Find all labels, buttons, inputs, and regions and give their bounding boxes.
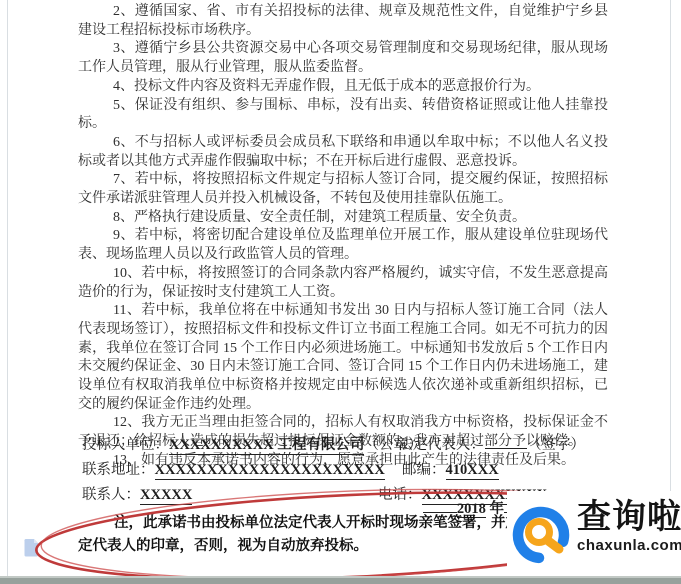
date-blank xyxy=(423,497,457,513)
legal-rep-suffix: （签字） xyxy=(527,437,585,453)
magnifier-q-icon xyxy=(509,498,575,570)
zip-label: 邮编： xyxy=(402,462,446,478)
watermark-domain: chaxunla.com xyxy=(577,537,681,555)
document-icon xyxy=(24,538,40,557)
clause-paragraph: 7、若中标，将按照招标文件规定与招标人签订合同，提交履约保证，按照招标文件承诺派… xyxy=(78,171,608,208)
bottom-scroll-strip xyxy=(0,576,681,584)
bidder-line: 投标人单位：XXXXXXXXXX 工程有限公司（公章） 法定代表人：（签字） xyxy=(82,433,612,458)
bidder-value: XXXXXXXXXX 工程有限公司 xyxy=(169,437,364,455)
clause-paragraph: 2、遵循国家、省、市有关招投标的法律、规章及规范性文件，自觉维护宁乡县建设工程招… xyxy=(78,3,608,40)
chaxunla-watermark: 查询啦 chaxunla.com xyxy=(507,491,681,578)
legal-rep-group: 法定代表人：（签字） xyxy=(398,433,585,458)
clause-paragraph: 8、严格执行建设质量、安全责任制，对建筑工程质量、安全负责。 xyxy=(78,209,608,228)
address-label: 联系地址： xyxy=(82,462,155,478)
legal-rep-label: 法定代表人： xyxy=(398,437,485,453)
clause-paragraph: 9、若中标，将密切配合建设单位及监理单位开展工作，服从建设单位驻现场代表、现场监… xyxy=(78,227,608,264)
scanned-bid-commitment-document: 2、遵循国家、省、市有关招投标的法律、规章及规范性文件，自觉维护宁乡县建设工程招… xyxy=(0,0,681,584)
zip-value: 410XXX xyxy=(446,462,499,480)
clause-paragraph: 4、投标文件内容及资料无弄虚作假，且无低于成本的恶意报价行为。 xyxy=(78,78,608,97)
note-text: 注，此承诺书由投标单位法定代表人开标时现场亲笔签署，并加定代表人的印章，否则，视… xyxy=(78,512,524,558)
clause-paragraph: 5、保证没有组织、参与围标、串标，没有出卖、转借资格证照或让他人挂靠投标。 xyxy=(78,97,608,134)
bidder-label: 投标人单位： xyxy=(82,437,169,453)
zip-group: 邮编：410XXX xyxy=(402,458,499,483)
clause-paragraph: 11、若中标，我单位将在中标通知书发出 30 日内与招标人签订施工合同（法人代表… xyxy=(78,302,608,414)
address-line: 联系地址：XXXXXXXXXXXXXXXXXXXXXX 邮编：410XXX xyxy=(82,458,612,483)
clause-paragraph: 10、若中标，将按照签订的合同条款内容严格履约，诚实守信，不发生恶意提高造价的行… xyxy=(78,265,608,302)
clause-paragraph: 3、遵循宁乡县公共资源交易中心各项交易管理制度和交易现场纪律，服从现场工作人员管… xyxy=(78,40,608,77)
page-left-edge-line xyxy=(7,0,8,577)
clause-list: 2、遵循国家、省、市有关招投标的法律、规章及规范性文件，自觉维护宁乡县建设工程招… xyxy=(78,3,608,471)
legal-rep-blank xyxy=(485,433,527,449)
watermark-text: 查询啦 chaxunla.com xyxy=(577,497,681,555)
clause-paragraph: 6、不与招标人或评标委员会成员私下联络和串通以牟取中标；不以他人名义投标或者以其… xyxy=(78,134,608,171)
watermark-brand: 查询啦 xyxy=(577,497,681,537)
address-value: XXXXXXXXXXXXXXXXXXXXXX xyxy=(155,462,385,480)
